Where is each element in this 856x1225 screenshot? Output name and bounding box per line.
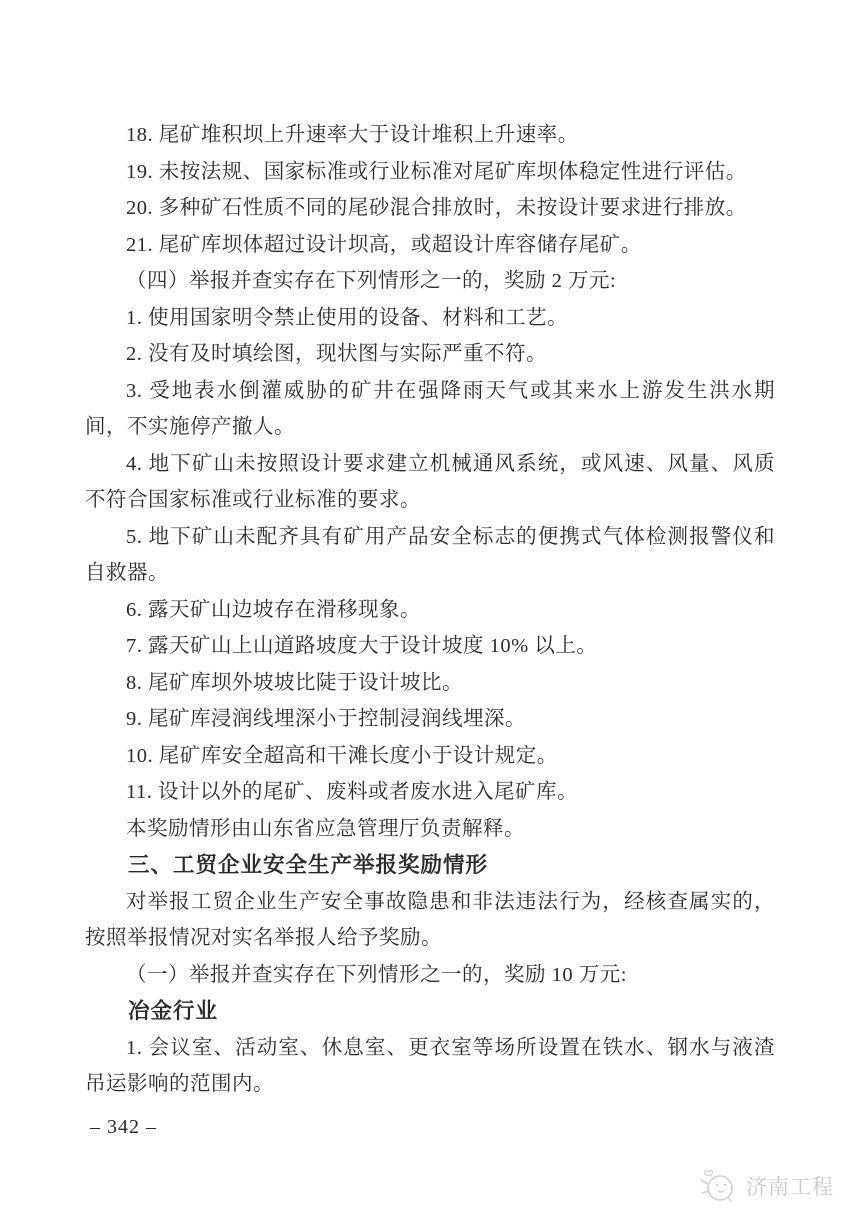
paragraph: 对举报工贸企业生产安全事故隐患和非法违法行为，经核查属实的，按照举报情况对实名举… <box>85 884 775 957</box>
document-body: 18. 尾矿堆积坝上升速率大于设计堆积上升速率。19. 未按法规、国家标准或行业… <box>85 117 775 1103</box>
paragraph: 21. 尾矿库坝体超过设计坝高，或超设计库容储存尾矿。 <box>85 227 775 264</box>
paragraph: 1. 会议室、活动室、休息室、更衣室等场所设置在铁水、钢水与液渣吊运影响的范围内… <box>85 1030 775 1103</box>
paragraph: 8. 尾矿库坝外坡坡比陡于设计坡比。 <box>85 665 775 702</box>
paragraph: 3. 受地表水倒灌威胁的矿井在强降雨天气或其来水上游发生洪水期间，不实施停产撤人… <box>85 373 775 446</box>
watermark-label: 济南工程 <box>746 1171 834 1201</box>
paragraph: 18. 尾矿堆积坝上升速率大于设计堆积上升速率。 <box>85 117 775 154</box>
paragraph: 1. 使用国家明令禁止使用的设备、材料和工艺。 <box>85 300 775 337</box>
section-heading: 三、工贸企业安全生产举报奖励情形 <box>85 847 775 884</box>
paragraph: 11. 设计以外的尾矿、废料或者废水进入尾矿库。 <box>85 774 775 811</box>
paragraph: 6. 露天矿山边坡存在滑移现象。 <box>85 592 775 629</box>
paragraph: 7. 露天矿山上山道路坡度大于设计坡度 10% 以上。 <box>85 628 775 665</box>
document-page: 18. 尾矿堆积坝上升速率大于设计堆积上升速率。19. 未按法规、国家标准或行业… <box>0 0 856 1225</box>
paragraph: 5. 地下矿山未配齐具有矿用产品安全标志的便携式气体检测报警仪和自救器。 <box>85 519 775 592</box>
paragraph: （四）举报并查实存在下列情形之一的，奖励 2 万元: <box>85 263 775 300</box>
paragraph: 20. 多种矿石性质不同的尾砂混合排放时，未按设计要求进行排放。 <box>85 190 775 227</box>
paragraph: 10. 尾矿库安全超高和干滩长度小于设计规定。 <box>85 738 775 775</box>
paragraph: （一）举报并查实存在下列情形之一的，奖励 10 万元: <box>85 957 775 994</box>
paragraph: 4. 地下矿山未按照设计要求建立机械通风系统，或风速、风量、风质不符合国家标准或… <box>85 446 775 519</box>
paragraph: 19. 未按法规、国家标准或行业标准对尾矿库坝体稳定性进行评估。 <box>85 154 775 191</box>
page-number: – 342 – <box>90 1116 157 1139</box>
section-heading: 冶金行业 <box>85 993 775 1030</box>
paragraph: 本奖励情形由山东省应急管理厅负责解释。 <box>85 811 775 848</box>
paragraph: 9. 尾矿库浸润线埋深小于控制浸润线埋深。 <box>85 701 775 738</box>
mascot-logo-icon <box>696 1166 740 1206</box>
watermark: 济南工程 <box>696 1166 834 1206</box>
paragraph: 2. 没有及时填绘图，现状图与实际严重不符。 <box>85 336 775 373</box>
